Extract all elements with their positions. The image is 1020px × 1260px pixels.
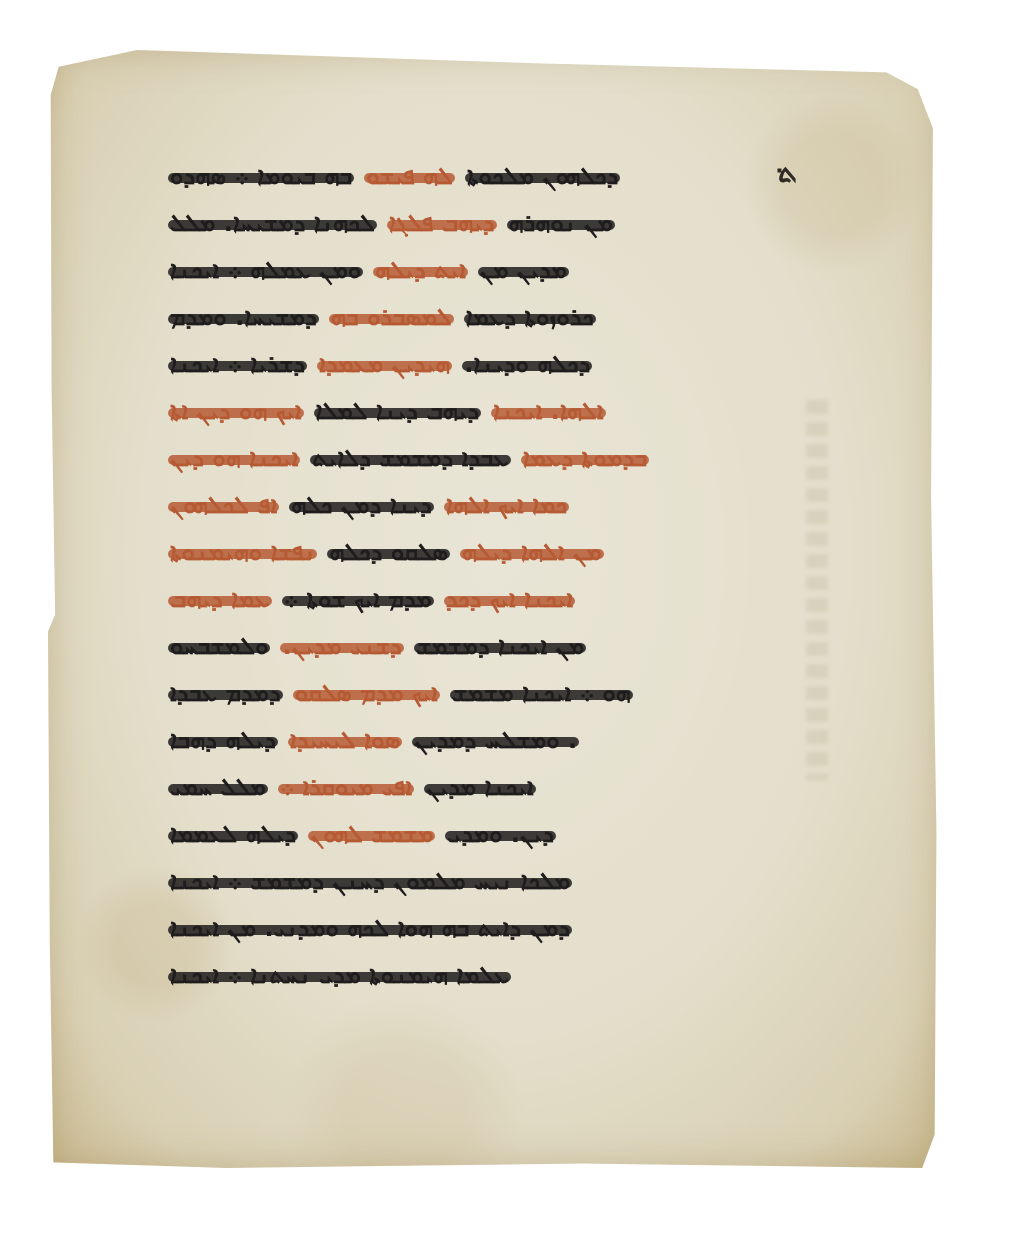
segment-text: ܕܫܢܝ ܡܕܝܢ. bbox=[282, 632, 401, 660]
body-text: ܣܠܩܘ ܕܟܠܗ bbox=[327, 537, 450, 567]
body-text: ܟܪܘܙܘܬܐ ܕܥܡܐ bbox=[464, 302, 596, 332]
segment-text: ܡܕܡ ܐܝܟ ܫܘܬܐ ܀ bbox=[284, 585, 432, 613]
rubric-text: ܐܝܟ ܡܕܡ ܣܠܩܘ bbox=[293, 678, 440, 708]
segment-text: ܡܢ ܢܘܗܪܗ bbox=[509, 209, 613, 237]
manuscript-line: ܘܠܡܫܒܚܘܕܫܢܝ ܡܕܝܢ.ܡܢ ܐܝܟܢܐ ܕܡܫܡܫ bbox=[168, 622, 740, 669]
body-text: ܡܕܡ ܐܝܟ ܫܘܬܐ ܀ bbox=[282, 584, 434, 614]
body-text: ܡܕܝܢ ܡܢ bbox=[478, 255, 569, 285]
segment-text: ܥܡܐ ܕܝܗܒ bbox=[170, 585, 270, 613]
manuscript-line: ܡܠܟܐ ܢܝܚ ܡܠܡܘܢ ܕܚܢܢ ܕܡܫܡܫ ܀ ܐܝܟܢܐ bbox=[168, 857, 740, 904]
manuscript-line: ܐܦ ܠܟܠܗܘܢܕܝܢܐ ܕܡܢ ܟܠܗܟܡܐ ܐܝܟ ܐܠܗܐ bbox=[168, 481, 740, 528]
segment-text: ܟܪܘܙܘܬܐ ܕܥܡܐ bbox=[466, 303, 594, 331]
body-text: ܡܠܟܐ ܢܝܚ ܡܠܡܘܢ ܕܚܢܢ ܕܡܫܡܫ ܀ ܐܝܟܢܐ bbox=[168, 866, 572, 896]
manuscript-line: ܠܟܗܢܐ ܕܡܫܝܚܐ. ܡܠܠܕܝܗܒ ܦܠܓܐܡܢ ܢܘܗܪܗ bbox=[168, 199, 740, 246]
segment-text: ܐܝܟܢܐ ܗܘ ܕܝܢ bbox=[170, 444, 298, 472]
manuscript-line: ܕܫܪܝܐ ܀ ܐܝܟܢܐܗܝܕܝܢ ܡܥܡܕܐܕܟܠܗ ܘܕܝܢܐ. bbox=[168, 340, 740, 387]
body-text: ܥܠܡܐ ܗܝܡܢܘܬܐ ܡܕܝ ܢܚܬܢܐ ܀ ܐܝܟܢܐ bbox=[168, 960, 511, 990]
body-text: ܘܡܢ ܥܡܠܗ ܀ ܐܝܟܢܐ bbox=[168, 255, 363, 285]
rubric-text: ܟܡܐ ܐܝܟ ܐܠܗܐ bbox=[444, 490, 569, 520]
rubric-text: ܐܦܝ ܡܝܘܩܪܐ ܀ bbox=[278, 772, 414, 802]
body-text: ܕܝܠܗ ܠܥܡܡܐ bbox=[168, 819, 298, 849]
rubric-text: ܗܝܕܝܢ ܡܥܡܕܐ bbox=[317, 349, 452, 379]
segment-text: ܡܠܟܐ ܢܝܚ ܡܠܡܘܢ ܕܚܢܢ ܕܡܫܡܫ ܀ ܐܝܟܢܐ bbox=[170, 867, 570, 895]
segment-text: ܡܠܠ ܚܡܝ bbox=[170, 773, 266, 801]
segment-text: ܠܗ ܦܝܫܘ bbox=[366, 162, 453, 190]
segment-text: ܠܟܗܢܐ ܕܡܫܝܚܐ. ܡܠܠ bbox=[170, 209, 375, 237]
segment-text: ܐܦ ܠܟܠܗܘܢ bbox=[170, 491, 277, 519]
segment-text: ܥܒܕܐ ܕܡܫܡܫ ܕܠܐܝܬ bbox=[312, 444, 508, 472]
rubric-text: ܕܫܢܝ ܡܕܝܢ. bbox=[280, 631, 403, 661]
segment-text: ܗܘ ܀ ܐܝܟܢܐ ܡܫܡܫ bbox=[452, 679, 631, 707]
marginal-quire-mark: ܬ݀ bbox=[778, 158, 797, 188]
segment-text: ܐܝܟ ܡܕܡ ܣܠܩܘ bbox=[295, 679, 438, 707]
manuscript-line: ܥܠܡܐ ܗܝܡܢܘܬܐ ܡܕܝ ܢܚܬܢܐ ܀ ܐܝܟܢܐ bbox=[168, 951, 740, 998]
manuscript-line: ܘܡܢ ܥܡܠܗ ܀ ܐܝܟܢܐܐܝܬ ܕܝܠܗܡܕܝܢ ܡܢ bbox=[168, 246, 740, 293]
text-block: ܒܗ ܒܝܘܡܐ ܀ ܣܗܕܘܠܗ ܦܝܫܘܕܟܠܗܘܢ ܡܠܟܘܬܐܠܟܗܢܐ… bbox=[168, 152, 740, 998]
rubric-text: ܒܕܡܘܬܐ ܕܥܡܐ bbox=[521, 443, 650, 473]
body-text: ܕܟܠܗ ܘܕܝܢܐ. bbox=[462, 349, 592, 379]
segment-text: ܒܗ ܒܝܘܡܐ ܀ ܣܗܕܘ bbox=[170, 162, 352, 190]
segment-text: ܕܫܪܝܐ ܀ ܐܝܟܢܐ bbox=[170, 350, 305, 378]
rubric-text: ܐܝܬ ܕܝܠܗ bbox=[373, 255, 468, 285]
body-text: ܗܘ ܀ ܐܝܟܢܐ ܡܫܡܫ bbox=[450, 678, 633, 708]
manuscript-line: ܡܠܠ ܚܡܝܐܦܝ ܡܝܘܩܪܐ ܀ܐܝܟܢܐ ܡܕܝܢ bbox=[168, 763, 740, 810]
body-text: ܕܡܢ ܕܐܝܬ ܒܗ ܗܘܐ ܠܟܗ ܘܡܕܢܝ. ܡܢ ܐܝܟܢܐ bbox=[168, 913, 572, 943]
segment-text: ܕܝܗܒ ܕܝܢܐ ܠܡܠܐ bbox=[316, 397, 480, 425]
body-text: ܘܠܡܫܒܚܘ bbox=[168, 631, 270, 661]
segment-text: ܒܕܡܘܬܐ ܕܥܡܐ bbox=[523, 444, 648, 472]
segment-text: ܡܢ ܐܝܟܢܐ ܕܡܫܡܫ bbox=[416, 632, 584, 660]
body-text: ܕܝܠܗ ܕܗܒܐ bbox=[168, 725, 278, 755]
manuscript-line: ܐܝܟܢܐ ܗܘ ܕܝܢܥܒܕܐ ܕܡܫܡܫ ܕܠܐܝܬܒܕܡܘܬܐ ܕܥܡܐ bbox=[168, 434, 740, 481]
rubric-text: ܣܘܐ ܠܝܚܝܕܐ bbox=[288, 725, 402, 755]
rubric-text: ܐܝܟ ܗܘ ܕܝܢ ܐܬܐ bbox=[168, 396, 304, 426]
segment-text: ܕܟܠܗܘܢ ܡܠܟܘܬܐ bbox=[467, 162, 619, 190]
body-text: ܡܢ ܐܝܟܢܐ ܕܡܫܡܫ bbox=[414, 631, 586, 661]
segment-text: ܕܝܢܐ ܕܡܢ ܟܠܗ bbox=[291, 491, 432, 519]
rubric-text: ܐܠܗܐ. ܐܝܟܢܐ bbox=[491, 396, 605, 426]
segment-text: ܕܝܢ. ܘܡܕܝ bbox=[447, 820, 554, 848]
manuscript-line: ܕܡܕܡ ܥܒܕܐܐܝܟ ܡܕܡ ܣܠܩܘܗܘ ܀ ܐܝܟܢܐ ܡܫܡܫ bbox=[168, 669, 740, 716]
segment-text: ܣܠܩܘ ܕܟܠܗ bbox=[329, 538, 448, 566]
rubric-text: ܢܦܫܐ ܘܗܝܡܢܘܬܐ bbox=[168, 537, 317, 567]
segment-text: ܢܦܫܐ ܘܗܝܡܢܘܬܐ bbox=[170, 538, 315, 566]
segment-text: ܗܝܕܝܢ ܡܥܡܕܐ bbox=[319, 350, 450, 378]
manuscript-line: ܐܝܟ ܗܘ ܕܝܢ ܐܬܐܕܝܗܒ ܕܝܢܐ ܠܡܠܐܐܠܗܐ. ܐܝܟܢܐ bbox=[168, 387, 740, 434]
segment-text: ܕܝܗܒ ܦܠܓܐ bbox=[389, 209, 495, 237]
body-text: ܠܟܗܢܐ ܕܡܫܝܚܐ. ܡܠܠ bbox=[168, 208, 377, 238]
manuscript-line: ܢܦܫܐ ܘܗܝܡܢܘܬܐܣܠܩܘ ܕܟܠܗܡܢ ܐܠܗܐ ܕܝܠܗ bbox=[168, 528, 740, 575]
segment-text: ܕܝܠܗ ܕܗܒܐ bbox=[170, 726, 276, 754]
body-text: ܒܗ ܒܝܘܡܐ ܀ ܣܗܕܘ bbox=[168, 161, 354, 191]
body-text: ܥܒܕܐ ܕܡܫܡܫ ܕܠܐܝܬ bbox=[310, 443, 510, 473]
body-text: ܐܝܟܢܐ ܡܕܝܢ bbox=[424, 772, 536, 802]
body-text: ܕܝܗܒ ܕܝܢܐ ܠܡܠܐ bbox=[314, 396, 482, 426]
segment-text: ܐܝܟ ܗܘ ܕܝܢ ܐܬܐ bbox=[170, 397, 302, 425]
rubric-text: ܠܗ ܦܝܫܘ bbox=[364, 161, 455, 191]
segment-text: ܣܘܐ ܠܝܚܝܕܐ bbox=[290, 726, 400, 754]
rubric-text: ܡܫܡܫ ܠܗܘܢ bbox=[308, 819, 435, 849]
body-text: ܡܢ ܢܘܗܪܗ bbox=[507, 208, 615, 238]
rubric-text: ܠܡܣܒܪܘ ܒܗ bbox=[329, 302, 454, 332]
body-text: ܕܡܫܝܚܐ. ܘܡܕܡ bbox=[168, 302, 319, 332]
manuscript-line: ܕܡܢ ܕܐܝܬ ܒܗ ܗܘܐ ܠܟܗ ܘܡܕܢܝ. ܡܢ ܐܝܟܢܐ bbox=[168, 904, 740, 951]
body-text: . ܘܡܫܠܚ ܕܡܕܝܢ bbox=[412, 725, 579, 755]
segment-text: ܕܝܠܗ ܠܥܡܡܐ bbox=[170, 820, 296, 848]
segment-text: ܕܡܫܝܚܐ. ܘܡܕܡ bbox=[170, 303, 317, 331]
segment-text: ܕܟܠܗ ܘܕܝܢܐ. bbox=[464, 350, 590, 378]
rubric-text: ܐܦ ܠܟܠܗܘܢ bbox=[168, 490, 279, 520]
segment-text: ܠܡܣܒܪܘ ܒܗ bbox=[331, 303, 452, 331]
segment-text: ܕܡܢ ܕܐܝܬ ܒܗ ܗܘܐ ܠܟܗ ܘܡܕܢܝ. ܡܢ ܐܝܟܢܐ bbox=[170, 914, 570, 942]
manuscript-line: ܕܝܠܗ ܠܥܡܡܐܡܫܡܫ ܠܗܘܢܕܝܢ. ܘܡܕܝ bbox=[168, 810, 740, 857]
segment-text: ܘܡܢ ܥܡܠܗ ܀ ܐܝܟܢܐ bbox=[170, 256, 361, 284]
segment-text: ܐܝܟܢܐ ܐܝܟ ܕܟܕ bbox=[446, 585, 573, 613]
rubric-text: ܐܝܟܢܐ ܐܝܟ ܕܟܕ bbox=[444, 584, 575, 614]
rubric-text: ܐܝܟܢܐ ܗܘ ܕܝܢ bbox=[168, 443, 300, 473]
body-text: ܕܟܠܗܘܢ ܡܠܟܘܬܐ bbox=[465, 161, 621, 191]
rubric-text: ܕܝܗܒ ܦܠܓܐ bbox=[387, 208, 497, 238]
segment-text: ܡܫܡܫ ܠܗܘܢ bbox=[310, 820, 433, 848]
segment-text: ܐܝܬ ܕܝܠܗ bbox=[375, 256, 466, 284]
body-text: ܡܠܠ ܚܡܝ bbox=[168, 772, 268, 802]
rubric-text: ܥܡܐ ܕܝܗܒ bbox=[168, 584, 272, 614]
segment-text: . ܘܡܫܠܚ ܕܡܕܝܢ bbox=[414, 726, 577, 754]
manuscript-line: ܒܗ ܒܝܘܡܐ ܀ ܣܗܕܘܠܗ ܦܝܫܘܕܟܠܗܘܢ ܡܠܟܘܬܐ bbox=[168, 152, 740, 199]
manuscript-line: ܕܡܫܝܚܐ. ܘܡܕܡܠܡܣܒܪܘ ܒܗܟܪܘܙܘܬܐ ܕܥܡܐ bbox=[168, 293, 740, 340]
body-text: ܕܝܢ. ܘܡܕܝ bbox=[445, 819, 556, 849]
segment-text: ܘܠܡܫܒܚܘ bbox=[170, 632, 268, 660]
segment-text: ܡܕܝܢ ܡܢ bbox=[480, 256, 567, 284]
manuscript-line: ܥܡܐ ܕܝܗܒܡܕܡ ܐܝܟ ܫܘܬܐ ܀ܐܝܟܢܐ ܐܝܟ ܕܟܕ bbox=[168, 575, 740, 622]
segment-text: ܐܦܝ ܡܝܘܩܪܐ ܀ bbox=[280, 773, 412, 801]
segment-text: ܡܢ ܐܠܗܐ ܕܝܠܗ bbox=[462, 538, 602, 566]
body-text: ܕܡܕܡ ܥܒܕܐ bbox=[168, 678, 283, 708]
segment-text: ܐܠܗܐ. ܐܝܟܢܐ bbox=[493, 397, 603, 425]
segment-text: ܥܠܡܐ ܗܝܡܢܘܬܐ ܡܕܝ ܢܚܬܢܐ ܀ ܐܝܟܢܐ bbox=[170, 961, 509, 989]
body-text: ܕܫܪܝܐ ܀ ܐܝܟܢܐ bbox=[168, 349, 307, 379]
show-through-text bbox=[806, 400, 828, 780]
segment-text: ܐܝܟܢܐ ܡܕܝܢ bbox=[426, 773, 534, 801]
rubric-text: ܡܢ ܐܠܗܐ ܕܝܠܗ bbox=[460, 537, 604, 567]
manuscript-line: ܕܝܠܗ ܕܗܒܐܣܘܐ ܠܝܚܝܕܐ. ܘܡܫܠܚ ܕܡܕܝܢ bbox=[168, 716, 740, 763]
segment-text: ܟܡܐ ܐܝܟ ܐܠܗܐ bbox=[446, 491, 567, 519]
segment-text: ܕܡܕܡ ܥܒܕܐ bbox=[170, 679, 281, 707]
body-text: ܕܝܢܐ ܕܡܢ ܟܠܗ bbox=[289, 490, 434, 520]
